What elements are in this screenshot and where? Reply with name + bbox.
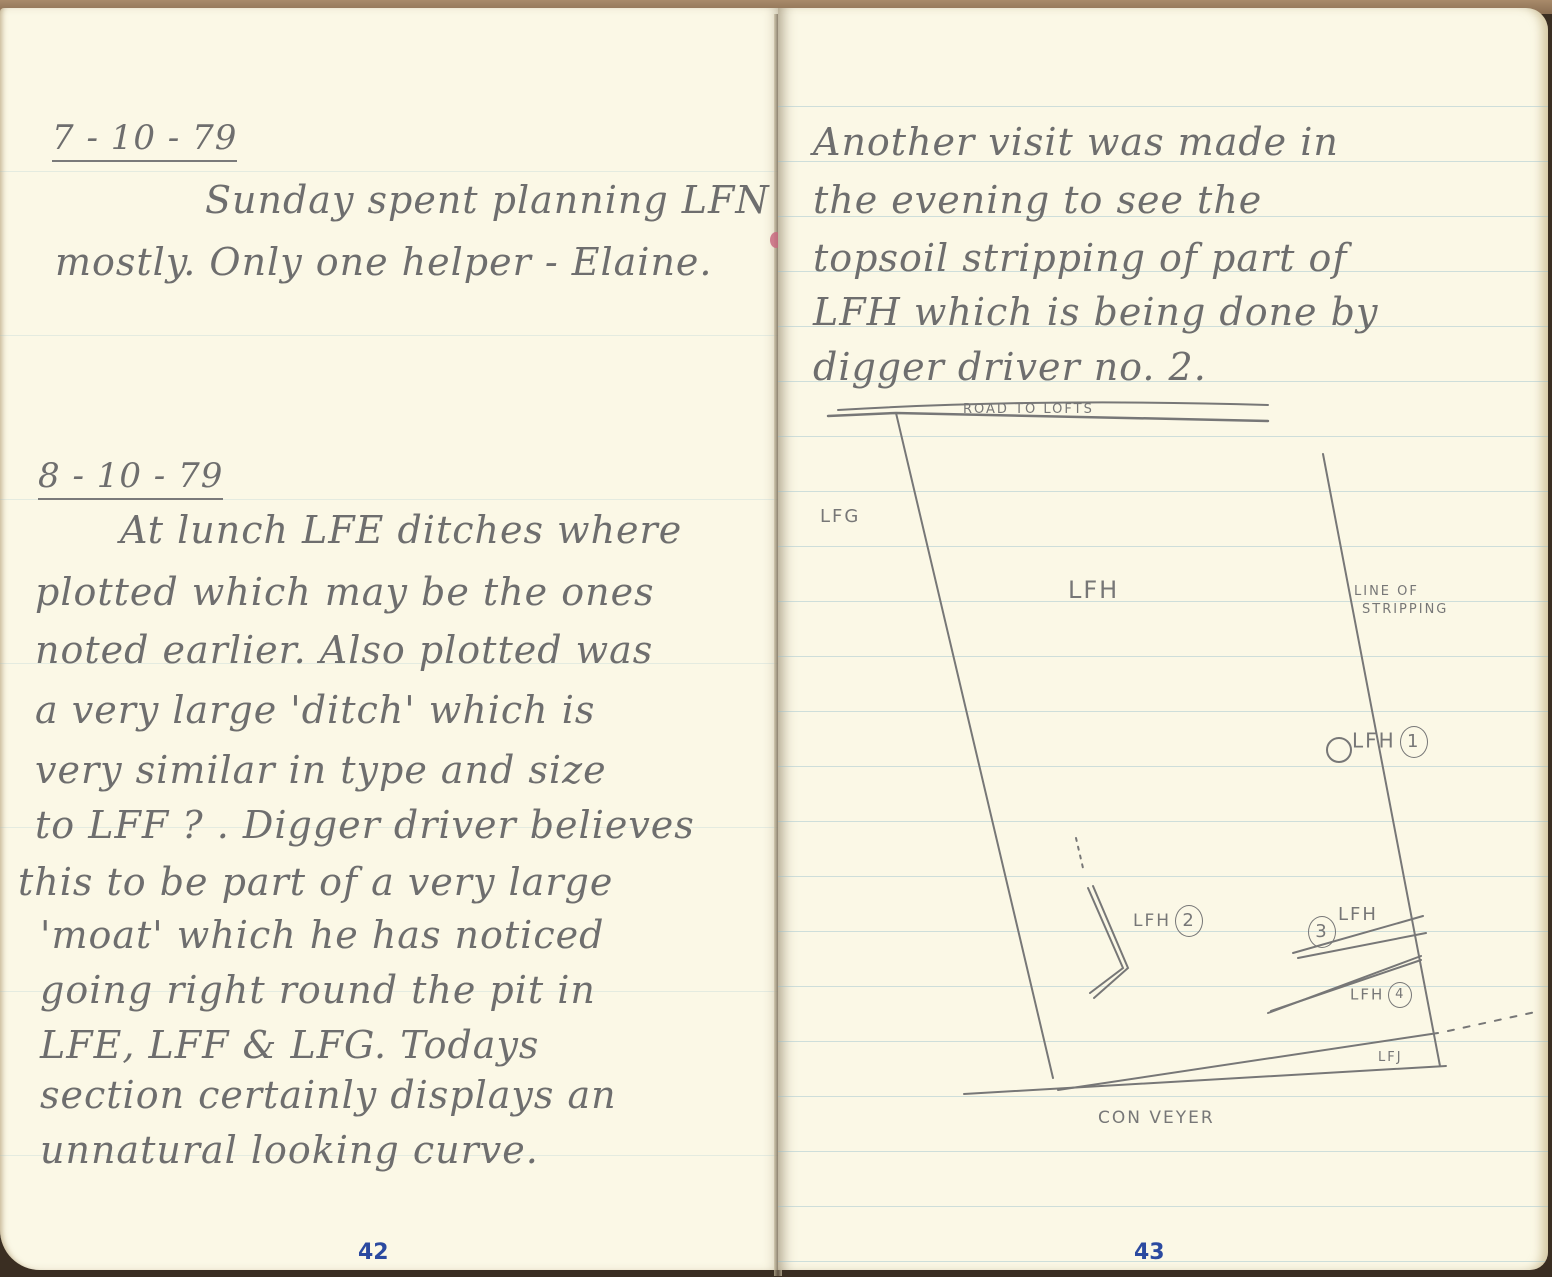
entry-line: this to be part of a very large <box>18 860 613 904</box>
page-number: 42 <box>358 1240 389 1265</box>
lfh1-label: LFH1 <box>1352 726 1428 758</box>
entry-line: section certainly displays an <box>40 1073 617 1117</box>
entry-line: very similar in type and size <box>35 748 607 792</box>
entry-date: 8 - 10 - 79 <box>38 456 223 500</box>
right-page: Another visit was made in the evening to… <box>778 8 1548 1270</box>
lfj-label: LFJ <box>1378 1050 1403 1065</box>
lfh3-label: LFH <box>1338 904 1378 925</box>
entry-line: noted earlier. Also plotted was <box>35 628 653 672</box>
line-of-stripping-label-1: LINE OF <box>1354 584 1419 599</box>
lfh3-number-wrap: 3 <box>1304 916 1336 948</box>
entry-line: going right round the pit in <box>40 968 596 1012</box>
entry-line: LFE, LFF & LFG. Todays <box>40 1023 539 1067</box>
lfg-label: LFG <box>820 506 860 527</box>
lfh2-label: LFH2 <box>1133 905 1203 937</box>
lfh4-label: LFH4 <box>1350 982 1412 1008</box>
site-sketch-map <box>778 8 1548 1270</box>
lfh-main-label: LFH <box>1068 576 1119 604</box>
entry-date: 7 - 10 - 79 <box>52 118 237 162</box>
conveyer-label: CON VEYER <box>1098 1108 1215 1128</box>
entry-line: to LFF ? . Digger driver believes <box>35 803 695 847</box>
entry-line: Sunday spent planning LFN <box>205 178 770 222</box>
line-of-stripping-label-2: STRIPPING <box>1362 602 1448 617</box>
entry-line: 'moat' which he has noticed <box>40 913 604 957</box>
entry-line: At lunch LFE ditches where <box>120 508 682 552</box>
lfh4-number: 4 <box>1388 982 1412 1008</box>
entry-line: unnatural looking curve. <box>40 1128 539 1172</box>
entry-line: mostly. Only one helper - Elaine. <box>55 240 713 284</box>
entry-line: a very large 'ditch' which is <box>35 688 595 732</box>
page-number: 43 <box>1134 1240 1165 1265</box>
lfh3-number: 3 <box>1308 916 1336 948</box>
lfh1-number: 1 <box>1400 726 1428 758</box>
entry-line: plotted which may be the ones <box>35 570 655 614</box>
road-label: ROAD TO LOFTS <box>963 402 1094 417</box>
left-page: 7 - 10 - 79 Sunday spent planning LFN mo… <box>0 8 780 1270</box>
lfh2-number: 2 <box>1175 905 1203 937</box>
